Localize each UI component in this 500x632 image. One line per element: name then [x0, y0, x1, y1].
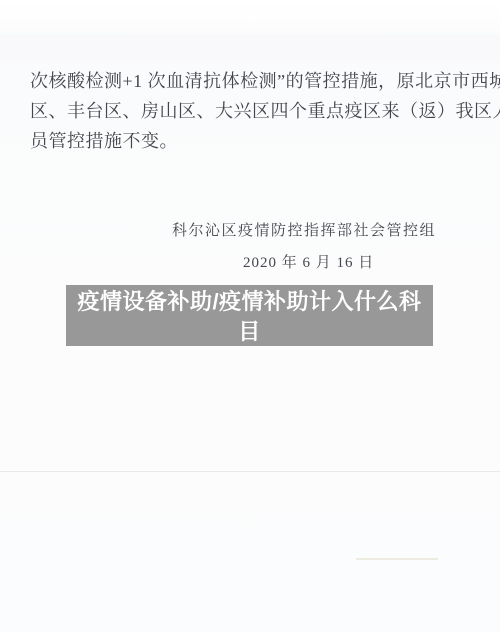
paragraph-line-2: 区、丰台区、房山区、大兴区四个重点疫区来（返）我区人: [30, 96, 470, 126]
scan-artifact-line: [0, 471, 500, 472]
document-paragraph: 次核酸检测+1 次血清抗体检测”的管控措施，原北京市西城 区、丰台区、房山区、大…: [30, 66, 470, 156]
signature-line: 科尔沁区疫情防控指挥部社会管控组: [172, 221, 436, 241]
paragraph-line-1: 次核酸检测+1 次血清抗体检测”的管控措施，原北京市西城: [30, 66, 470, 96]
date-line: 2020 年 6 月 16 日: [243, 253, 374, 273]
caption-text: 疫情设备补助/疫情补助计入什么科目: [75, 287, 424, 347]
scan-artifact-band: [0, 33, 500, 63]
scanned-document-page: 次核酸检测+1 次血清抗体检测”的管控措施，原北京市西城 区、丰台区、房山区、大…: [0, 0, 500, 632]
scan-artifact-streak: [356, 558, 438, 560]
paragraph-line-3: 员管控措施不变。: [30, 126, 470, 156]
caption-banner: 疫情设备补助/疫情补助计入什么科目: [66, 285, 433, 346]
